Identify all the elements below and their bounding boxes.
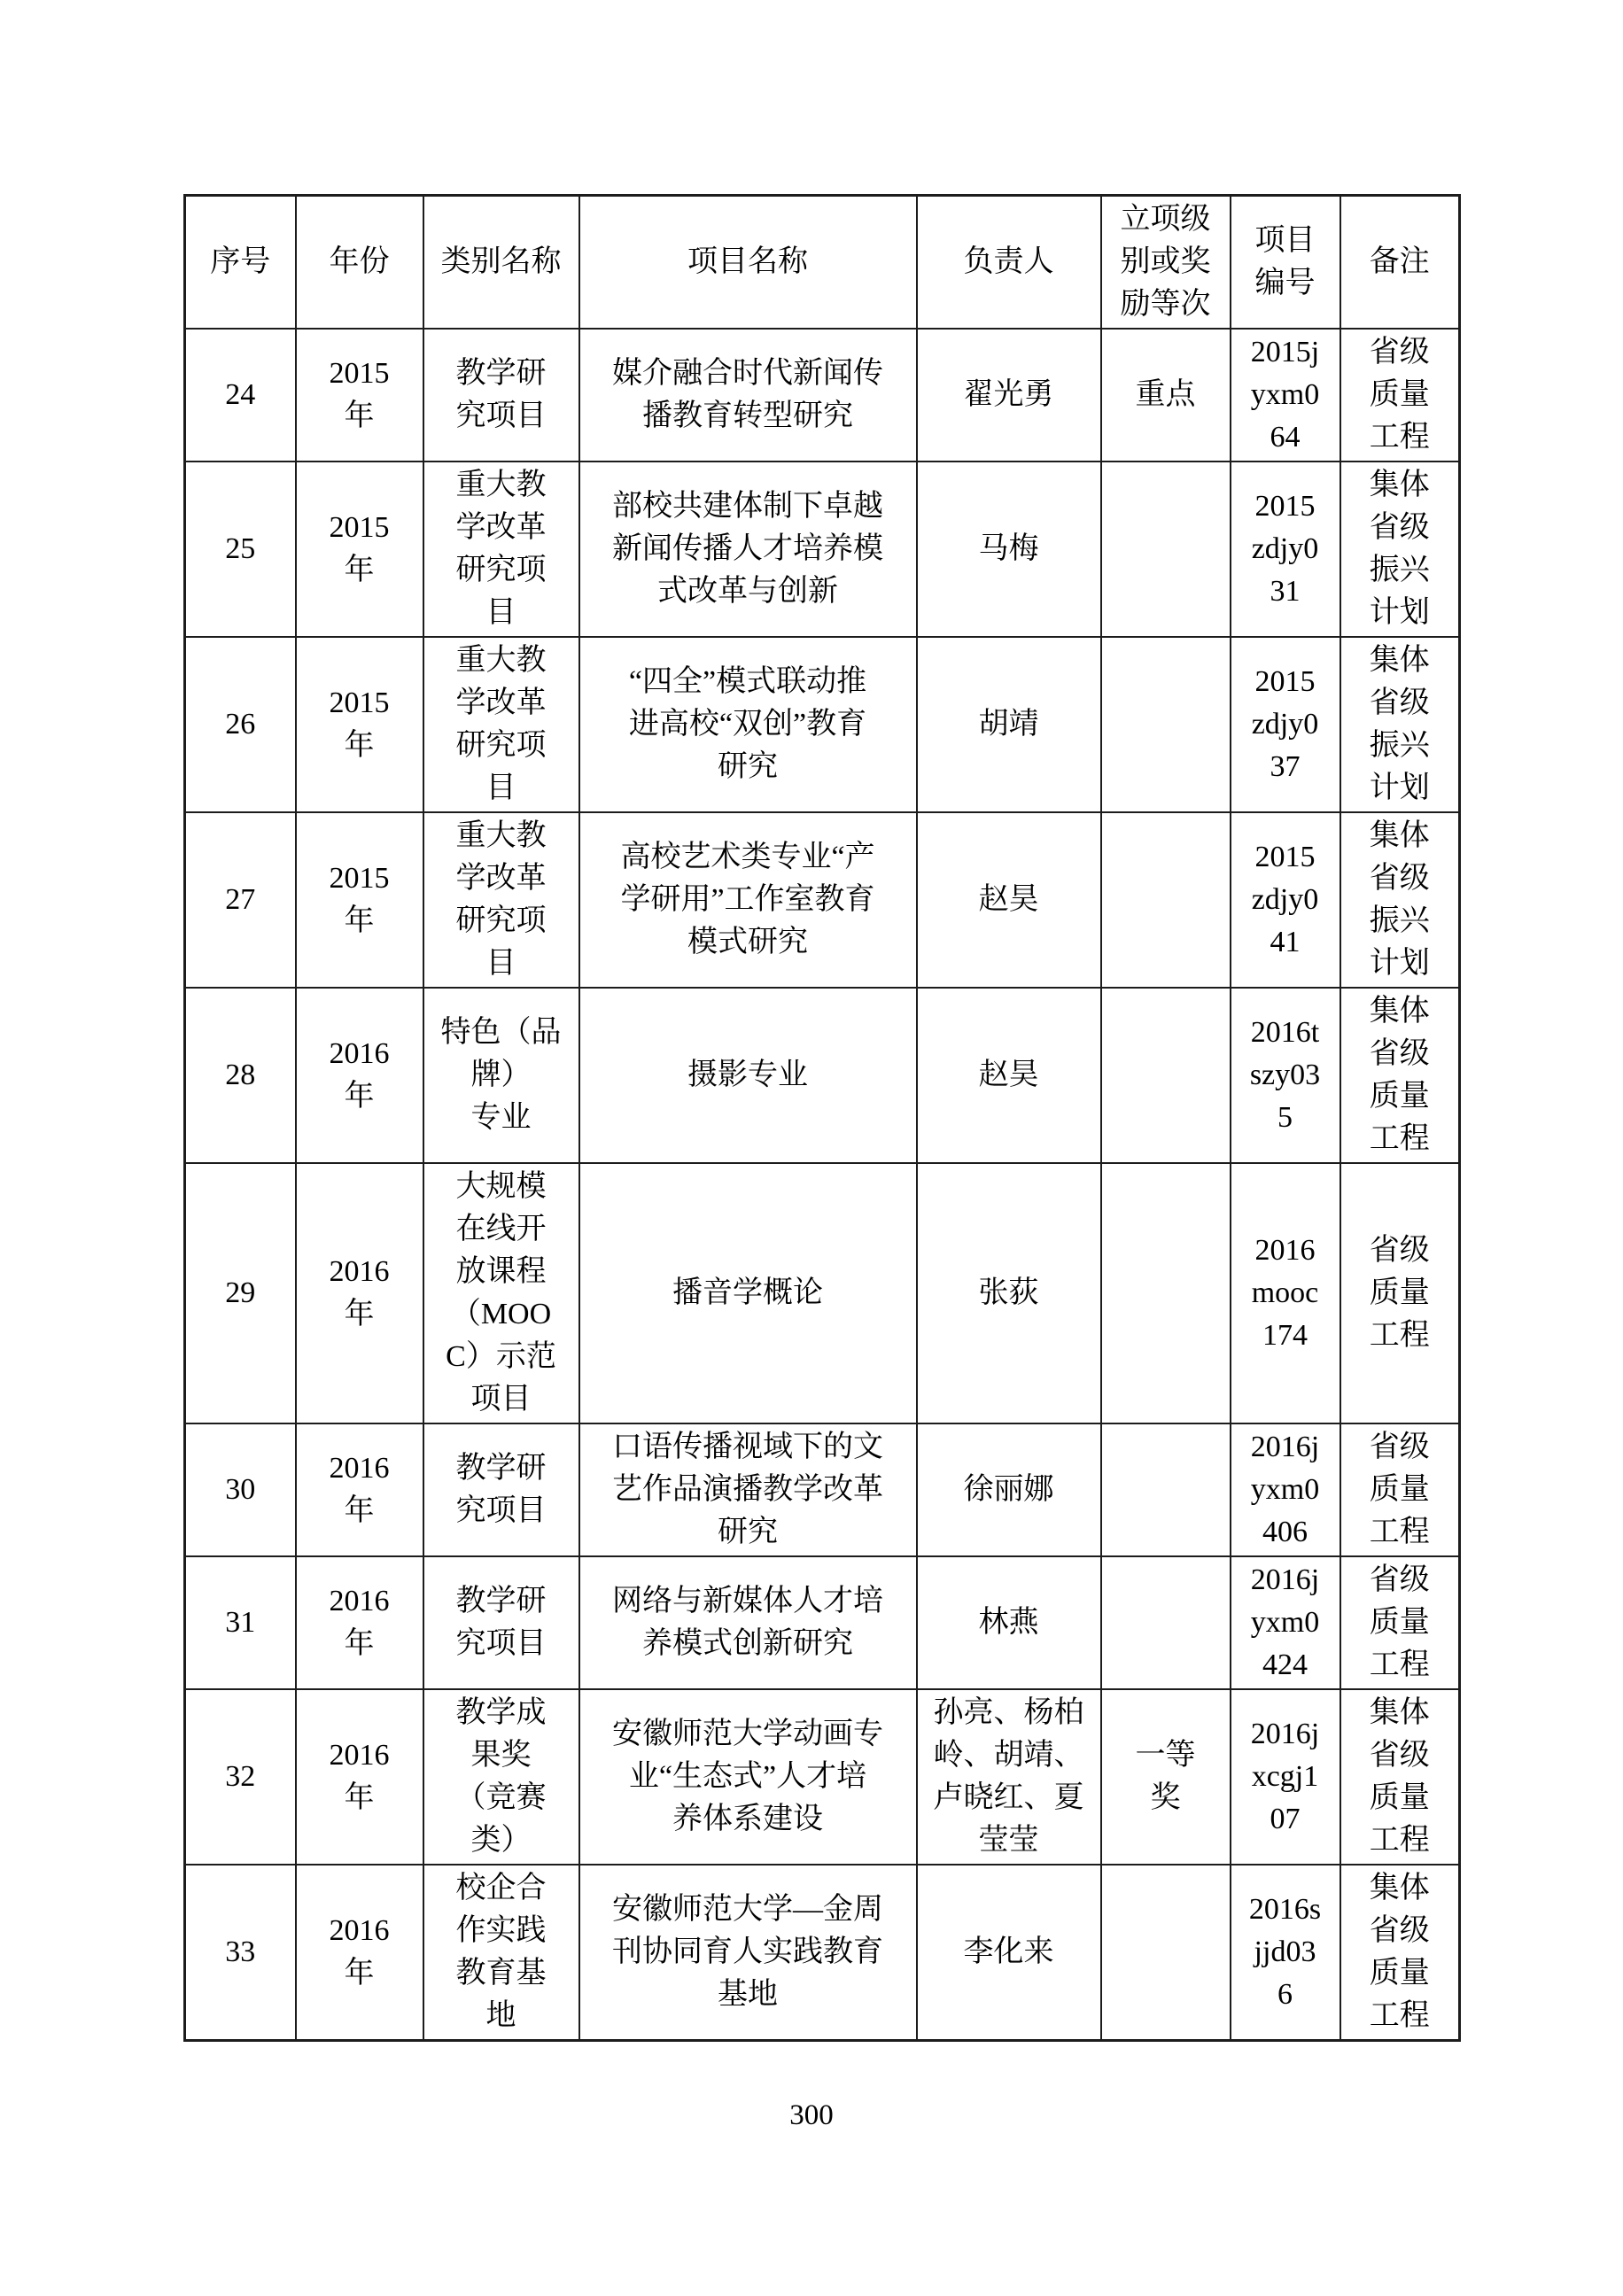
cell-project-name: “四全”模式联动推 进高校“双创”教育 研究 bbox=[579, 637, 917, 812]
table-row: 27 2015 年 重大教 学改革 研究项 目 高校艺术类专业“产 学研用”工作… bbox=[185, 812, 1460, 988]
cell-serial-number: 24 bbox=[185, 329, 296, 462]
cell-project-name: 安徽师范大学动画专 业“生态式”人才培 养体系建设 bbox=[579, 1689, 917, 1865]
cell-remark: 集体 省级 质量 工程 bbox=[1340, 1689, 1460, 1865]
cell-category-name: 校企合 作实践 教育基 地 bbox=[423, 1865, 579, 2041]
document-page: 序号 年份 类别名称 项目名称 负责人 立项级 别或奖 励等次 项目 编号 备注… bbox=[0, 0, 1623, 2296]
cell-serial-number: 25 bbox=[185, 462, 296, 637]
cell-level-or-award: 一等 奖 bbox=[1101, 1689, 1231, 1865]
header-level-or-award: 立项级 别或奖 励等次 bbox=[1101, 196, 1231, 330]
header-project-code: 项目 编号 bbox=[1231, 196, 1340, 330]
cell-serial-number: 27 bbox=[185, 812, 296, 988]
page-number: 300 bbox=[0, 2098, 1623, 2133]
cell-level-or-award bbox=[1101, 1865, 1231, 2041]
cell-project-name: 播音学概论 bbox=[579, 1163, 917, 1423]
cell-project-name: 网络与新媒体人才培 养模式创新研究 bbox=[579, 1556, 917, 1689]
cell-category-name: 重大教 学改革 研究项 目 bbox=[423, 637, 579, 812]
cell-project-code: 2016s jjd03 6 bbox=[1231, 1865, 1340, 2041]
cell-leader: 徐丽娜 bbox=[917, 1423, 1101, 1556]
cell-category-name: 特色（品 牌） 专业 bbox=[423, 988, 579, 1163]
header-category-name: 类别名称 bbox=[423, 196, 579, 330]
cell-category-name: 重大教 学改革 研究项 目 bbox=[423, 462, 579, 637]
cell-category-name: 教学研 究项目 bbox=[423, 1423, 579, 1556]
table-row: 24 2015 年 教学研 究项目 媒介融合时代新闻传 播教育转型研究 翟光勇 … bbox=[185, 329, 1460, 462]
table-row: 33 2016 年 校企合 作实践 教育基 地 安徽师范大学—金周 刊协同育人实… bbox=[185, 1865, 1460, 2041]
cell-leader: 翟光勇 bbox=[917, 329, 1101, 462]
cell-project-code: 2016t szy03 5 bbox=[1231, 988, 1340, 1163]
table-header-row: 序号 年份 类别名称 项目名称 负责人 立项级 别或奖 励等次 项目 编号 备注 bbox=[185, 196, 1460, 330]
cell-year: 2015 年 bbox=[296, 329, 423, 462]
cell-level-or-award bbox=[1101, 1163, 1231, 1423]
cell-project-code: 2015j yxm0 64 bbox=[1231, 329, 1340, 462]
header-serial-number: 序号 bbox=[185, 196, 296, 330]
cell-leader: 李化来 bbox=[917, 1865, 1101, 2041]
cell-serial-number: 26 bbox=[185, 637, 296, 812]
table-row: 25 2015 年 重大教 学改革 研究项 目 部校共建体制下卓越 新闻传播人才… bbox=[185, 462, 1460, 637]
cell-level-or-award: 重点 bbox=[1101, 329, 1231, 462]
cell-remark: 集体 省级 振兴 计划 bbox=[1340, 637, 1460, 812]
cell-project-code: 2016 mooc 174 bbox=[1231, 1163, 1340, 1423]
cell-leader: 孙亮、杨柏 岭、胡靖、 卢晓红、夏 莹莹 bbox=[917, 1689, 1101, 1865]
cell-category-name: 教学研 究项目 bbox=[423, 1556, 579, 1689]
cell-remark: 省级 质量 工程 bbox=[1340, 1163, 1460, 1423]
cell-serial-number: 29 bbox=[185, 1163, 296, 1423]
cell-project-code: 2016j yxm0 406 bbox=[1231, 1423, 1340, 1556]
cell-category-name: 大规模 在线开 放课程 （MOO C）示范 项目 bbox=[423, 1163, 579, 1423]
cell-level-or-award bbox=[1101, 1556, 1231, 1689]
cell-remark: 集体 省级 振兴 计划 bbox=[1340, 812, 1460, 988]
cell-year: 2016 年 bbox=[296, 988, 423, 1163]
cell-leader: 马梅 bbox=[917, 462, 1101, 637]
cell-year: 2016 年 bbox=[296, 1689, 423, 1865]
cell-serial-number: 30 bbox=[185, 1423, 296, 1556]
cell-remark: 省级 质量 工程 bbox=[1340, 1556, 1460, 1689]
cell-remark: 集体 省级 质量 工程 bbox=[1340, 1865, 1460, 2041]
cell-level-or-award bbox=[1101, 462, 1231, 637]
cell-project-name: 部校共建体制下卓越 新闻传播人才培养模 式改革与创新 bbox=[579, 462, 917, 637]
cell-serial-number: 33 bbox=[185, 1865, 296, 2041]
projects-table: 序号 年份 类别名称 项目名称 负责人 立项级 别或奖 励等次 项目 编号 备注… bbox=[183, 194, 1461, 2042]
cell-project-code: 2016j xcgj1 07 bbox=[1231, 1689, 1340, 1865]
cell-year: 2015 年 bbox=[296, 812, 423, 988]
cell-year: 2016 年 bbox=[296, 1423, 423, 1556]
table-row: 28 2016 年 特色（品 牌） 专业 摄影专业 赵昊 2016t szy03… bbox=[185, 988, 1460, 1163]
cell-category-name: 重大教 学改革 研究项 目 bbox=[423, 812, 579, 988]
table-row: 30 2016 年 教学研 究项目 口语传播视域下的文 艺作品演播教学改革 研究… bbox=[185, 1423, 1460, 1556]
cell-project-code: 2015 zdjy0 31 bbox=[1231, 462, 1340, 637]
cell-project-code: 2015 zdjy0 41 bbox=[1231, 812, 1340, 988]
cell-leader: 林燕 bbox=[917, 1556, 1101, 1689]
table-row: 32 2016 年 教学成 果奖 （竞赛 类） 安徽师范大学动画专 业“生态式”… bbox=[185, 1689, 1460, 1865]
cell-leader: 赵昊 bbox=[917, 812, 1101, 988]
header-remark: 备注 bbox=[1340, 196, 1460, 330]
cell-serial-number: 28 bbox=[185, 988, 296, 1163]
cell-leader: 张荻 bbox=[917, 1163, 1101, 1423]
table-row: 29 2016 年 大规模 在线开 放课程 （MOO C）示范 项目 播音学概论… bbox=[185, 1163, 1460, 1423]
table-row: 31 2016 年 教学研 究项目 网络与新媒体人才培 养模式创新研究 林燕 2… bbox=[185, 1556, 1460, 1689]
cell-year: 2016 年 bbox=[296, 1163, 423, 1423]
cell-project-name: 媒介融合时代新闻传 播教育转型研究 bbox=[579, 329, 917, 462]
header-year: 年份 bbox=[296, 196, 423, 330]
cell-serial-number: 32 bbox=[185, 1689, 296, 1865]
cell-year: 2016 年 bbox=[296, 1556, 423, 1689]
cell-remark: 集体 省级 振兴 计划 bbox=[1340, 462, 1460, 637]
cell-category-name: 教学研 究项目 bbox=[423, 329, 579, 462]
cell-level-or-award bbox=[1101, 637, 1231, 812]
cell-year: 2015 年 bbox=[296, 462, 423, 637]
cell-leader: 胡靖 bbox=[917, 637, 1101, 812]
cell-project-code: 2015 zdjy0 37 bbox=[1231, 637, 1340, 812]
cell-level-or-award bbox=[1101, 988, 1231, 1163]
cell-project-name: 摄影专业 bbox=[579, 988, 917, 1163]
table-row: 26 2015 年 重大教 学改革 研究项 目 “四全”模式联动推 进高校“双创… bbox=[185, 637, 1460, 812]
cell-remark: 省级 质量 工程 bbox=[1340, 329, 1460, 462]
cell-serial-number: 31 bbox=[185, 1556, 296, 1689]
cell-level-or-award bbox=[1101, 1423, 1231, 1556]
header-project-name: 项目名称 bbox=[579, 196, 917, 330]
cell-level-or-award bbox=[1101, 812, 1231, 988]
cell-project-code: 2016j yxm0 424 bbox=[1231, 1556, 1340, 1689]
cell-project-name: 安徽师范大学—金周 刊协同育人实践教育 基地 bbox=[579, 1865, 917, 2041]
cell-remark: 省级 质量 工程 bbox=[1340, 1423, 1460, 1556]
cell-leader: 赵昊 bbox=[917, 988, 1101, 1163]
cell-project-name: 口语传播视域下的文 艺作品演播教学改革 研究 bbox=[579, 1423, 917, 1556]
cell-category-name: 教学成 果奖 （竞赛 类） bbox=[423, 1689, 579, 1865]
cell-year: 2016 年 bbox=[296, 1865, 423, 2041]
cell-remark: 集体 省级 质量 工程 bbox=[1340, 988, 1460, 1163]
header-leader: 负责人 bbox=[917, 196, 1101, 330]
cell-project-name: 高校艺术类专业“产 学研用”工作室教育 模式研究 bbox=[579, 812, 917, 988]
cell-year: 2015 年 bbox=[296, 637, 423, 812]
